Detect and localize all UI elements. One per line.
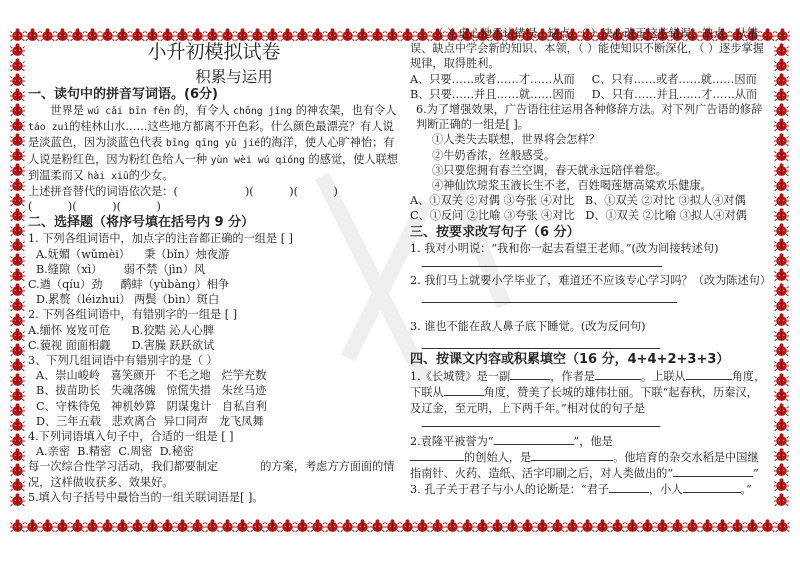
ladybug-icon [430,518,445,533]
question-4-sentence: 每一次综合性学习活动，我们都要制定的方案，考虑方方面面的情况，这样做收获多、效果… [28,459,400,489]
ladybug-icon [774,132,789,147]
exam-title: 小升初模拟试卷 [28,40,400,64]
ladybug-icon [10,432,25,447]
pinyin-text: chōng jǐng [233,106,292,117]
ladybug-icon [774,42,789,57]
section-1-heading: 一、读句中的拼音写词语。(6分) [28,86,400,103]
ladybug-icon [130,518,145,533]
ladybug-icon [490,518,505,533]
ladybug-icon [774,177,789,192]
ladybug-icon [774,477,789,492]
ladybug-icon [10,297,25,312]
ladybug-icon [355,518,370,533]
answer-line[interactable] [422,348,660,349]
ladybug-icon [774,312,789,327]
question-5-option[interactable]: A、只要……或者……才……从而 [410,72,588,87]
ladybug-icon [10,57,25,72]
question-3-stem: 3、下列几组词语中有错别字的是（ ） [28,353,400,368]
section-3-heading: 三、按要求改写句子（6 分） [410,224,766,241]
ladybug-icon [10,282,25,297]
text: ” [753,467,759,480]
ladybug-icon [10,237,25,252]
question-5-option[interactable]: C、只有……或者……就……因而 [592,73,757,86]
question-2-options-row: C.藐视 面面相觑 D.害臊 跃跃欲试 [28,338,400,353]
ladybug-icon [235,518,250,533]
ladybug-icon [774,102,789,117]
answer-line[interactable] [422,302,677,303]
passage-text: 的，有令人 [170,104,233,117]
section-1-answer-row-2[interactable]: ( )( )( ) [28,199,400,214]
ladybug-icon [10,518,25,533]
ladybug-icon [340,518,355,533]
ladybug-icon [774,222,789,237]
ladybug-icon [610,518,625,533]
question-2-options-row: A.缅怀 岌岌可危 B.狡黠 沁人心脾 [28,323,400,338]
ladybug-icon [295,518,310,533]
ladybug-icon [670,518,685,533]
pinyin-text: yùn wèi wú qióng [211,155,305,166]
sentence-part: 每一次综合性学习活动，我们都要制定 [28,460,218,473]
ladybug-icon [40,518,55,533]
question-1-stem: 1. 下列各组词语中，加点字的注音都正确的一组是 [ ] [28,231,400,246]
text: 的创始人，是 [464,451,531,464]
section-2-heading: 二、选择题（将序号填在括号内 9 分） [28,214,400,231]
ladybug-icon [10,372,25,387]
text: 。” [741,483,752,496]
question-6-item: ①人类失去联想，世界将会怎样？ [410,132,766,147]
question-1-option[interactable]: B.缝隙（xì） 弱不禁（jìn）风 [28,262,400,277]
ladybug-icon [85,518,100,533]
ladybug-icon [730,518,745,533]
exam-page: 小升初模拟试卷 积累与运用 一、读句中的拼音写词语。(6分) 世界是 wú cǎ… [26,26,774,514]
fill-blank[interactable] [683,481,741,493]
ladybug-icon [760,518,775,533]
question-6-stem: 6.为了增强效果，广告语往往运用各种修辞方法。对下列广告语的修辞判断正确的一组是… [410,102,766,132]
ladybug-icon [25,518,40,533]
passage-text: 的少女。 [129,169,174,182]
ladybug-icon [595,518,610,533]
ladybug-icon [774,162,789,177]
text: 角度， [732,370,766,383]
ladybug-icon [774,432,789,447]
ladybug-icon [505,518,520,533]
question-4-stem: 4.下列词语填入句子中，合适的一组是 [ ] [28,429,400,444]
question-3-option[interactable]: D、三年五载 悲欢离合 异口同声 龙飞凤舞 [28,414,400,429]
ladybug-icon [10,132,25,147]
text: 2.袁隆平被誉为“ [410,435,494,448]
question-6-options-row[interactable]: C、①反问 ②比喻 ③夸张 ④对比 D、①双关 ②比喻 ③拟人④对偶 [410,208,766,223]
ladybug-icon [774,402,789,417]
answer-brackets: )( )( ) [245,185,338,198]
ladybug-icon [10,477,25,492]
text: 3. 孔子关于君子与小人的论断是：“君子 [410,483,609,496]
ladybug-icon [10,492,25,507]
question-2-option[interactable]: C.藐视 面面相觑 [28,338,128,353]
text: 1.《长城赞》是一副 [410,370,510,383]
ladybug-icon [774,387,789,402]
ladybug-icon [10,342,25,357]
ladybug-icon [400,518,415,533]
ladybug-icon [475,518,490,533]
section-group-title: 积累与运用 [68,68,400,86]
fill-blank[interactable] [673,465,753,477]
question-5-stem: 5.填入句子括号中最恰当的一组关联词语是[ ]。 [28,490,400,505]
ladybug-icon [115,518,130,533]
fill-blank[interactable] [410,449,464,461]
ladybug-icon [565,518,580,533]
fill-blank[interactable] [686,368,732,380]
ladybug-icon [325,518,340,533]
text: ，小人 [649,483,683,496]
question-1-option[interactable]: C.遒（qíu）劲 鹬蚌（yùbàng）相争 [28,277,400,292]
question-5-options-row: A、只要……或者……才……从而 C、只有……或者……就……因而 [410,72,766,87]
ladybug-icon [774,492,789,507]
question-4-options[interactable]: A.亲密 B.精密 C.周密 D.秘密 [28,444,400,459]
ladybug-icon [774,72,789,87]
ladybug-icon [10,102,25,117]
ladybug-icon [445,518,460,533]
rewrite-question-2: 2. 我们马上就要小学毕业了，难道还不应该专心学习吗？（改为陈述句） [410,273,766,288]
ladybug-icon [775,27,790,42]
pinyin-text: táo zuì [28,122,69,133]
ladybug-icon [774,372,789,387]
ladybug-icon [774,462,789,477]
ladybug-icon [625,518,640,533]
ladybug-icon [774,117,789,132]
ladybug-icon [774,447,789,462]
ladybug-icon [774,207,789,222]
ladybug-icon [10,72,25,87]
fill-question-3: 3. 孔子关于君子与小人的论断是：“君子，小人。” [410,481,766,497]
ladybug-icon [100,518,115,533]
ladybug-icon [10,327,25,342]
ladybug-icon [145,518,160,533]
question-6-item: ④神仙饮琼浆玉液长生不老，百姓喝莲塘高粱欢乐健康。 [410,178,766,193]
ladybug-icon [10,447,25,462]
passage-text: 的神农架，也有令人 [292,104,396,117]
question-1-option[interactable]: A.妩媚（wǔmèi） 秉（bǐn）烛夜游 [28,247,400,262]
ladybug-icon [265,518,280,533]
ladybug-icon [774,342,789,357]
pinyin-text: wú cǎi bīn fēn [88,106,171,117]
question-6-item: ②牛奶香浓，丝般感受。 [410,148,766,163]
ladybug-icon [160,518,175,533]
rewrite-question-3: 3. 谁也不能在敌人鼻子底下睡觉。(改为反问句) [410,319,766,334]
border-bottom [10,518,790,533]
ladybug-icon [10,192,25,207]
ladybug-icon [745,518,760,533]
ladybug-icon [580,518,595,533]
ladybug-icon [10,207,25,222]
ladybug-icon [10,27,25,42]
border-right [774,42,789,507]
answer-line[interactable] [422,266,662,267]
ladybug-icon [550,518,565,533]
text: 下联从 [410,386,444,399]
ladybug-icon [685,518,700,533]
ladybug-icon [10,462,25,477]
ladybug-icon [774,357,789,372]
left-column: 小升初模拟试卷 积累与运用 一、读句中的拼音写词语。(6分) 世界是 wú cǎ… [28,26,400,505]
ladybug-icon [250,518,265,533]
ladybug-icon [655,518,670,533]
question-2-option[interactable]: B.狡黠 沁人心脾 [132,324,214,337]
ladybug-icon [10,42,25,57]
ladybug-icon [10,177,25,192]
fill-question-2: 2.袁隆平被誉为“”，他是 的创始人，是。他培育的杂交水稻是中国继指南针、火药、… [410,433,766,482]
ladybug-icon [775,518,790,533]
ladybug-icon [10,387,25,402]
ladybug-icon [774,267,789,282]
ladybug-icon [10,417,25,432]
fill-blank[interactable] [494,433,574,445]
ladybug-icon [280,518,295,533]
section-1-answer-row: 上述拼音替代的词语依次是：( )( )( ) [28,184,400,199]
ladybug-icon [774,252,789,267]
ladybug-icon [774,417,789,432]
ladybug-icon [10,357,25,372]
question-3-option[interactable]: C、守株待兔 神机妙算 阴谋鬼计 自私自利 [28,399,400,414]
ladybug-icon [460,518,475,533]
ladybug-icon [774,57,789,72]
fill-blank[interactable] [444,384,484,396]
question-3-option[interactable]: A、崇山峻岭 喜笑颜开 不毛之地 烂竽充数 [28,368,400,383]
ladybug-icon [10,267,25,282]
ladybug-icon [10,87,25,102]
ladybug-icon [10,402,25,417]
ladybug-icon [220,518,235,533]
ladybug-icon [10,252,25,267]
fill-blank[interactable] [531,449,613,461]
text: ，作者是 [550,370,595,383]
ladybug-icon [774,147,789,162]
ladybug-icon [535,518,550,533]
section-4-heading: 四、按课文内容或积累填空（16 分，4+4+2+3+3） [410,351,766,368]
ladybug-icon [520,518,535,533]
border-left [10,42,25,507]
ladybug-icon [774,327,789,342]
ladybug-icon [10,222,25,237]
text: ”，他是 [574,435,613,448]
ladybug-icon [640,518,655,533]
ladybug-icon [385,518,400,533]
ladybug-icon [10,312,25,327]
pinyin-text: hài xiū [88,171,129,182]
ladybug-icon [370,518,385,533]
ladybug-icon [10,162,25,177]
fill-blank[interactable] [595,368,641,380]
question-3-option[interactable]: B、拔苗助长 失魂落魄 惊慌失措 朱丝马迹 [28,383,400,398]
rewrite-question-1: 1. 我对小明说：“我和你一起去看望王老师。”(改为间接转述句) [410,241,766,256]
question-2-option[interactable]: D.害臊 跃跃欲试 [132,339,215,352]
ladybug-icon [774,237,789,252]
ladybug-icon [715,518,730,533]
passage-text: 世界是 [50,104,87,117]
question-5-option[interactable]: D、只有……并且……才……从而 [592,88,758,101]
ladybug-icon [10,147,25,162]
question-1-option[interactable]: D.累赘（léizhui） 两鬓（bìn）斑白 [28,292,400,307]
ladybug-icon [310,518,325,533]
fill-blank[interactable] [609,481,649,493]
right-column: （ ）虚心地承认错误、缺点，（ ）决心改正这些错误、缺点，从错误、缺点中学会新的… [410,26,766,498]
fill-question-1: 1.《长城赞》是一副，作者是。上联从角度， 下联从角度，赞美了长城的雄伟壮丽。下… [410,368,766,416]
question-6-item: ③只要您拥有春兰空调，春天就永远陪伴着您。 [410,163,766,178]
answer-prompt: 上述拼音替代的词语依次是：( [28,185,178,198]
question-2-option[interactable]: A.缅怀 岌岌可危 [28,323,128,338]
ladybug-icon [70,518,85,533]
text: 。上联从 [641,370,686,383]
ladybug-icon [10,117,25,132]
section-1-passage: 世界是 wú cǎi bīn fēn 的，有令人 chōng jǐng 的神农架… [28,103,400,184]
ladybug-icon [55,518,70,533]
fill-blank[interactable] [510,368,550,380]
ladybug-icon [774,87,789,102]
ladybug-icon [774,297,789,312]
ladybug-icon [700,518,715,533]
question-6-options-row[interactable]: A、①双关 ②对偶 ③夸张 ④对比 B、①双关 ②对比 ③拟人④对偶 [410,193,766,208]
ladybug-icon [415,518,430,533]
ladybug-icon [205,518,220,533]
question-5-options-row: B、只要……并且……就……因而 D、只有……并且……才……从而 [410,87,766,102]
question-5-option[interactable]: B、只要……并且……就……因而 [410,87,588,102]
ladybug-icon [190,518,205,533]
question-5-passage: （ ）虚心地承认错误、缺点，（ ）决心改正这些错误、缺点，从错误、缺点中学会新的… [410,26,766,72]
ladybug-icon [774,282,789,297]
ladybug-icon [175,518,190,533]
ladybug-icon [774,192,789,207]
pinyin-text: bīng qīng yù jié [166,138,260,149]
question-2-stem: 2. 下列各组词语中，有错别字的一组是 [ ] [28,307,400,322]
answer-line[interactable] [422,426,660,427]
